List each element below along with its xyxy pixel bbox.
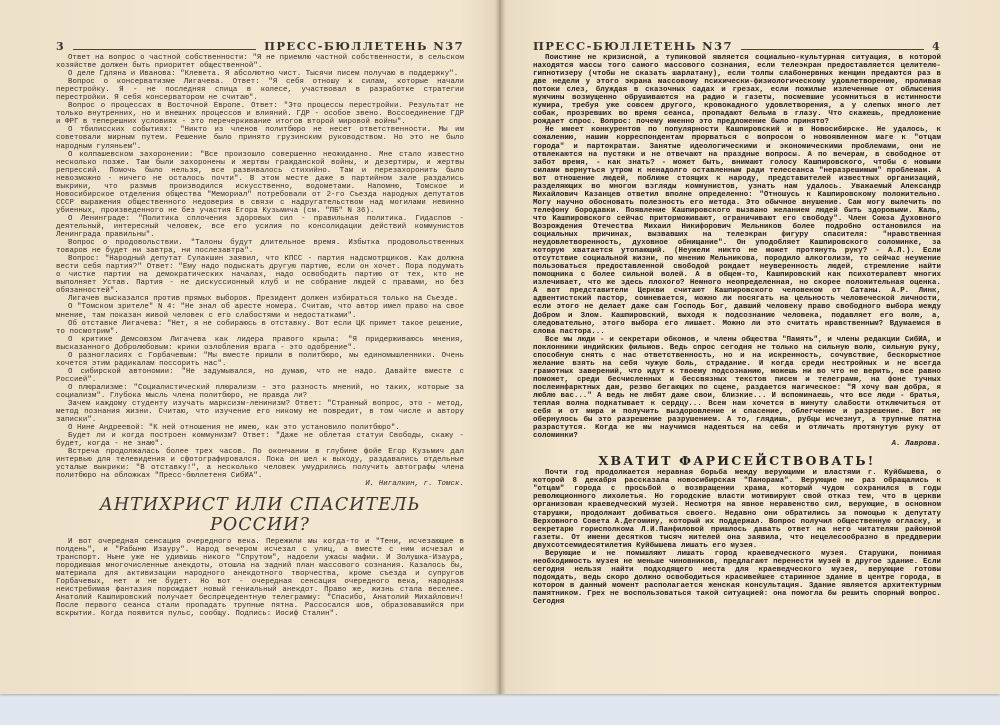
paragraph: О плюрализме: "Социалистический плюрализ…: [56, 384, 464, 400]
right-running-head: ПРЕСС-БЮЛЛЕТЕНЬ N37 4: [533, 40, 941, 53]
page-number: 3: [56, 40, 65, 53]
paragraph: О колпашевском захоронении: "Все произош…: [56, 151, 464, 215]
newsletter-spread: 3 ПРЕСС-БЮЛЛЕТЕНЬ N37 Ответ на вопрос о …: [0, 0, 1000, 694]
paragraph: Зачем каждому студенту изучать марксизм-…: [56, 400, 464, 424]
paragraph: О разногласиях с Горбачевым: "Мы вместе …: [56, 352, 464, 368]
paragraph: Почти год продолжается неравная борьба м…: [533, 469, 941, 549]
left-paragraphs: Ответ на вопрос о частной собственности:…: [56, 54, 464, 480]
paragraph: О "Томском зрителе" N 4: "Не знал об аре…: [56, 303, 464, 319]
article-headline: АНТИХРИСТ ИЛИ СПАСИТЕЛЬ РОССИИ?: [56, 495, 464, 535]
article-signature: И. Нигалкин, г. Томск.: [56, 480, 464, 488]
paragraph: О Нине Андреевой: "К ней отношения не им…: [56, 424, 464, 432]
paragraph: Вопрос о продовольствии. "Талоны будут д…: [56, 239, 464, 255]
paragraph: Ответ на вопрос о частной собственности:…: [56, 54, 464, 70]
left-page: 3 ПРЕСС-БЮЛЛЕТЕНЬ N37 Ответ на вопрос о …: [56, 40, 464, 618]
right-article-body: Поистине не кризисной, а тупиковой являе…: [533, 54, 941, 448]
publication-title: ПРЕСС-БЮЛЛЕТЕНЬ N37: [533, 39, 733, 53]
left-article2-paragraphs: И вот очередная сенсация очередного века…: [56, 538, 464, 618]
left-article-body: Ответ на вопрос о частной собственности:…: [56, 54, 464, 489]
page-number: 4: [932, 40, 941, 53]
header-rule: [73, 48, 256, 50]
left-running-head: 3 ПРЕСС-БЮЛЛЕТЕНЬ N37: [56, 40, 464, 53]
publication-title: ПРЕСС-БЮЛЛЕТЕНЬ N37: [264, 39, 464, 53]
left-article2-body: И вот очередная сенсация очередного века…: [56, 538, 464, 618]
right-article2-body: Почти год продолжается неравная борьба м…: [533, 469, 941, 606]
paragraph: Об отставке Лигачева: "Нет, я не собираю…: [56, 320, 464, 336]
paragraph: О критике Демсоюзом Лигачева как лидера …: [56, 336, 464, 352]
paragraph: Вопрос о консерватизме Лигачева. Ответ: …: [56, 78, 464, 102]
paragraph: Вопрос: "Народный депутат Сулакшин заяви…: [56, 255, 464, 295]
paragraph: Все мы люди - и секретари обкомов, и чле…: [533, 336, 941, 441]
paragraph: О тбилисских событиях: "Никто из членов …: [56, 126, 464, 150]
article-signature: А. Лаврова.: [533, 440, 941, 448]
paragraph: И вот очередная сенсация очередного века…: [56, 538, 464, 618]
paragraph: Встреча продолжалась более трех часов. П…: [56, 448, 464, 480]
paragraph: Не имеет конкурентов по популярности Каш…: [533, 126, 941, 335]
paragraph: О сибирской автономии: "Не задумывался, …: [56, 368, 464, 384]
paragraph: Верующие и не помышляют лишать город кра…: [533, 550, 941, 606]
paragraph: О Ленинграде: "Политика сплочения здоров…: [56, 215, 464, 239]
paragraph: Вопрос о процессах в Восточной Европе. О…: [56, 102, 464, 126]
right-page: ПРЕСС-БЮЛЛЕТЕНЬ N37 4 Поистине не кризис…: [533, 40, 941, 606]
paragraph: Будет ли и когда построен коммунизм? Отв…: [56, 432, 464, 448]
right-paragraphs: Поистине не кризисной, а тупиковой являе…: [533, 54, 941, 440]
header-rule: [741, 48, 924, 50]
paragraph: Поистине не кризисной, а тупиковой являе…: [533, 54, 941, 126]
article-headline: ХВАТИТ ФАРИСЕЙСТВОВАТЬ!: [533, 453, 941, 468]
right-article2-paragraphs: Почти год продолжается неравная борьба м…: [533, 469, 941, 606]
paragraph: О деле Гдляна и Иванова: "Клевета. Я абс…: [56, 70, 464, 78]
